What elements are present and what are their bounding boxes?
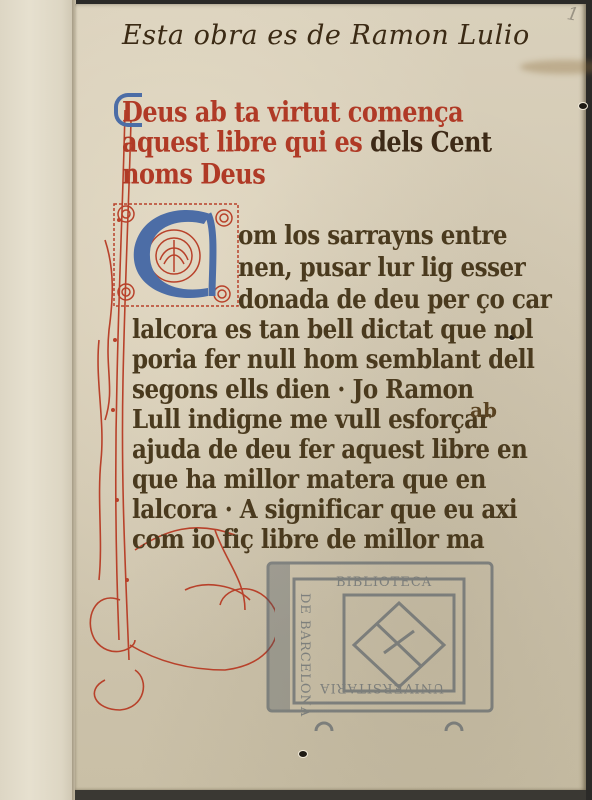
text-line-2: nen, pusar lur lig esser <box>238 252 525 283</box>
text-line-10: lalcora · A significar que eu axi <box>132 494 517 525</box>
rubric-line-2: aquest libre qui es dels Cent <box>122 125 492 158</box>
library-stamp: BIBLIOTECA UNIVERSITARIA DE BARCELONA <box>264 553 500 731</box>
text-line-1: om los sarrayns entre <box>238 220 507 251</box>
stamp-text-bottom: UNIVERSITARIA <box>319 680 444 695</box>
text-line-3: donada de deu per ço car <box>238 284 551 315</box>
rubric-correction: dels Cent <box>370 125 491 158</box>
page-bottom-edge <box>75 790 586 800</box>
facing-blank-leaf <box>0 0 73 800</box>
stamp-text-left: DE BARCELONA <box>297 593 312 717</box>
text-line-9: que ha millor matera que en <box>132 464 486 495</box>
worm-hole <box>578 102 588 110</box>
worm-hole <box>298 750 308 758</box>
text-line-4: lalcora es tan bell dictat que nol <box>132 314 533 345</box>
margin-insertion: ab <box>470 398 497 422</box>
text-line-11: com io fiç libre de millor ma <box>132 524 484 555</box>
rubric-line-2-text: aquest libre qui es <box>122 125 362 158</box>
text-line-6: segons ells dien · Jo Ramon <box>132 374 474 405</box>
stamp-text-top: BIBLIOTECA <box>336 575 432 590</box>
illuminated-initial <box>112 200 240 310</box>
ownership-note: Esta obra es de Ramon Lulio <box>122 20 530 51</box>
text-line-5: poria fer null hom semblant dell <box>132 344 534 375</box>
text-line-7: Lull indigne me vull esforçar <box>132 404 490 435</box>
text-line-8: ajuda de deu fer aquest libre en <box>132 434 527 465</box>
rubric-line-1: Deus ab ta virtut comença <box>122 95 463 128</box>
rubric-line-3: noms Deus <box>122 157 265 190</box>
